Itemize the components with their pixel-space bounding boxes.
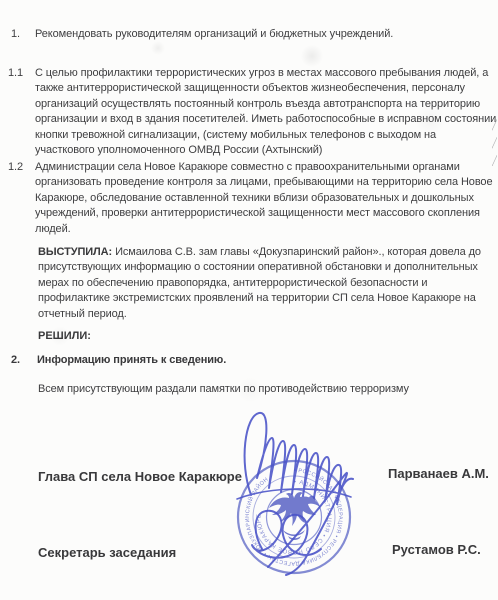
text-line: участкового уполномоченного ОМВД России … — [35, 143, 496, 158]
list-item-text: Информацию принять к сведению. — [37, 353, 226, 368]
svg-text:• АДМИНИСТРАЦИЯ • СЕЛО НОВОЕ К: • АДМИНИСТРАЦИЯ • СЕЛО НОВОЕ КАРАКЮРЕ — [256, 479, 331, 554]
clause-number: 1.2 — [8, 160, 35, 237]
signature-head-underline — [237, 489, 351, 499]
list-item-1: 1. Рекомендовать руководителям организац… — [11, 27, 393, 42]
eagle-emblem-icon — [269, 492, 320, 540]
speech-paragraph: ВЫСТУПИЛА: Исмаилова С.В. зам главы «Док… — [38, 245, 481, 322]
stamp-and-signatures: • РОССИЙСКАЯ ФЕДЕРАЦИЯ • РЕСПУБЛИКА ДАГЕ… — [225, 400, 370, 595]
stamp-inner-ring-text: • АДМИНИСТРАЦИЯ • СЕЛО НОВОЕ КАРАКЮРЕ — [256, 479, 331, 554]
speech-label: ВЫСТУПИЛА: — [38, 246, 112, 258]
text-line: Администрации села Новое Каракюре совмес… — [35, 160, 492, 175]
signature-secretary-flourish — [268, 473, 347, 575]
signature-title-secretary: Секретарь заседания — [38, 545, 176, 560]
text-line: Исмаилова С.В. зам главы «Докузпаринский… — [115, 246, 481, 258]
signature-title-head: Глава СП села Новое Каракюре — [38, 469, 242, 484]
clause-number: 1.1 — [8, 66, 35, 158]
clause-1-2: 1.2 Администрации села Новое Каракюре со… — [8, 160, 492, 237]
text-line: присутствующих информацию о состоянии оп… — [38, 260, 481, 275]
handwritten-signatures — [237, 413, 353, 575]
text-line: организации и вход в здания посетителей.… — [35, 112, 496, 127]
signature-name-head: Парванаев А.М. — [388, 466, 489, 481]
text-line: организовать проведение контроля за лица… — [35, 175, 492, 190]
list-item-2: 2. Информацию принять к сведению. — [11, 353, 226, 368]
signature-head-stroke — [245, 413, 353, 504]
text-line: учреждений, проверки антитеррористическо… — [35, 206, 492, 221]
svg-text:• РОССИЙСКАЯ ФЕДЕРАЦИЯ • РЕСПУ: • РОССИЙСКАЯ ФЕДЕРАЦИЯ • РЕСПУБЛИКА ДАГЕ… — [245, 468, 343, 566]
signature-name-secretary: Рустамов Р.С. — [392, 542, 481, 557]
signature-secretary-stroke — [252, 511, 321, 558]
stamp-outer-ring-text: • РОССИЙСКАЯ ФЕДЕРАЦИЯ • РЕСПУБЛИКА ДАГЕ… — [245, 468, 343, 566]
scanned-document-page: 1. Рекомендовать руководителям организац… — [0, 0, 498, 600]
list-item-text: Рекомендовать руководителям организаций … — [35, 27, 393, 42]
list-number: 2. — [11, 353, 37, 368]
decision-label: РЕШИЛИ: — [38, 330, 91, 342]
list-number: 1. — [11, 27, 35, 42]
text-line: отчетный период. — [38, 307, 481, 322]
clause-1-1: 1.1 С целью профилактики террористически… — [8, 66, 496, 158]
text-line: также антитеррористической защищенности … — [35, 81, 496, 96]
round-stamp: • РОССИЙСКАЯ ФЕДЕРАЦИЯ • РЕСПУБЛИКА ДАГЕ… — [238, 461, 350, 573]
text-line: профилактике экстремистских проявлений н… — [38, 291, 481, 306]
note-text: Всем присутствующим раздали памятки по п… — [38, 383, 409, 395]
text-line: С целью профилактики террористических уг… — [35, 66, 496, 81]
text-line: людей. — [35, 222, 492, 237]
text-line: кнопки тревожной сигнализации, (систему … — [35, 128, 496, 143]
text-line: организаций осуществлять постоянный конт… — [35, 97, 496, 112]
text-line: Каракюре, обследование оставленной техни… — [35, 191, 492, 206]
text-line: мерах по обеспечению правопорядка, антит… — [38, 276, 481, 291]
